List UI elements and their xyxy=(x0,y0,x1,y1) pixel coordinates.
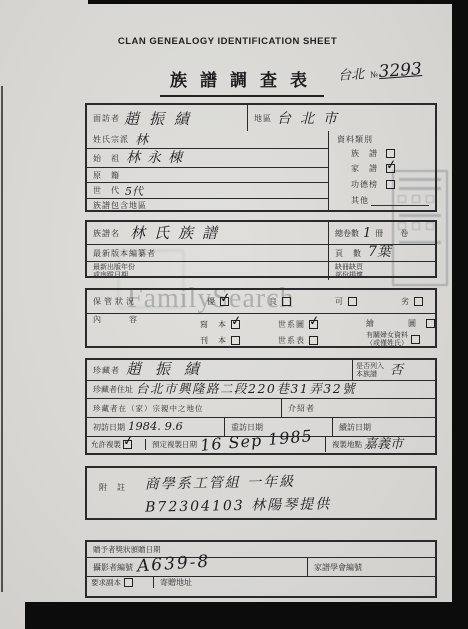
surname-value: 林 xyxy=(135,129,148,148)
collector-table: 珍藏者 趙振績 是否列入 本族譜 否 珍藏者住址 台北市興隆路二段220巷31弄… xyxy=(85,358,437,455)
request-copy-checkbox xyxy=(124,578,133,587)
content-lineage-chart-checkbox xyxy=(309,320,318,329)
collector-name-label: 珍藏者 xyxy=(93,365,120,376)
collector-address-label: 珍藏者住址 xyxy=(93,384,133,395)
notes-line1: 商學系工管組 一年級 xyxy=(145,470,331,496)
generations-label: 世 代 xyxy=(93,185,120,196)
category-jiapu-label: 家 譜 xyxy=(351,163,378,174)
content-women-label: 有關婦女資料 xyxy=(366,331,408,339)
collector-listed-label-line1: 是否列入 xyxy=(356,362,384,370)
collector-listed-value: 否 xyxy=(390,359,403,378)
first-visit-label: 初訪日期 xyxy=(93,422,125,433)
content-women-checkbox xyxy=(411,335,420,344)
first-ancestor-label: 始 祖 xyxy=(93,153,120,164)
content-printed-label: 刊 本 xyxy=(200,335,227,346)
archive-number: 台北 №3293 xyxy=(337,59,422,85)
pub-year-label-line2: 或序跋日期 xyxy=(93,271,135,279)
scan-edge-left xyxy=(1,86,3,592)
condition-good-label: 良 xyxy=(269,296,278,307)
copy-permit-checkbox xyxy=(123,440,132,449)
category-label: 資料類別 xyxy=(337,134,429,145)
condition-fair-checkbox xyxy=(348,297,357,306)
content-illustrations-label: 繪 圖 xyxy=(366,318,422,329)
mailing-address-label: 寄贈地址 xyxy=(160,577,192,588)
generations-value: 5代 xyxy=(125,183,143,199)
missing-label-line1: 缺冊缺頁 xyxy=(335,263,363,271)
copy-place-label: 複製地點 xyxy=(332,439,362,450)
collector-listed-label-line2: 本族譜 xyxy=(356,370,384,378)
scan-edge-top xyxy=(88,0,468,4)
content-lineage-table-label: 世系表 xyxy=(278,335,305,346)
category-other-label: 其他 xyxy=(351,195,369,206)
content-printed-checkbox xyxy=(231,336,240,345)
pub-year-label-line1: 最新出版年份 xyxy=(93,263,135,271)
category-zupu-label: 族 譜 xyxy=(351,148,378,159)
coverage-label: 族譜包含地區 xyxy=(93,200,147,211)
archive-no-value: 3293 xyxy=(378,59,423,82)
volumes-label: 總卷數 xyxy=(335,228,359,239)
volumes-value: 1 xyxy=(363,226,371,241)
condition-poor-checkbox xyxy=(414,297,423,306)
condition-excellent-checkbox xyxy=(220,297,229,306)
archive-city: 台北 xyxy=(338,67,365,84)
volumes-unit-juan: 卷 xyxy=(400,228,409,239)
copy-permit-label: 允許複製 xyxy=(91,441,121,449)
notes-label: 附 註 xyxy=(99,483,126,492)
admin-table: 贈予者獎狀頒贈日期 攝影者編號 A639-8 家譜學會編號 要求副本 寄贈地址 xyxy=(85,540,437,598)
surname-label: 姓氏宗派 xyxy=(93,134,129,145)
compiler-label: 最新版本編纂者 xyxy=(93,248,156,259)
scanned-genealogy-sheet: FamilySearch CLAN GENEALOGY IDENTIFICATI… xyxy=(0,0,468,629)
notes-table: 附 註 商學系工管組 一年級 B72304103 林陽琴提供 xyxy=(85,466,437,520)
category-merit-checkbox xyxy=(386,180,395,189)
introducer-label: 介紹者 xyxy=(288,403,315,414)
pages-label: 頁 數 xyxy=(335,248,362,259)
sheet-heading-english: CLAN GENEALOGY IDENTIFICATION SHEET xyxy=(0,36,455,47)
sheet-title-chinese: 族譜調查表 xyxy=(160,66,324,97)
condition-poor-label: 劣 xyxy=(401,296,410,307)
condition-content-table: 保管狀況 優 良 可 劣 內 容 寫 本 xyxy=(85,288,437,348)
area-label: 地區 xyxy=(254,113,272,124)
interview-info-table: 面訪者 趙振績 地區 台北市 姓氏宗派 林 始 祖 林永棟 原 籍 xyxy=(85,103,437,212)
scan-edge-right xyxy=(452,0,468,629)
condition-good-checkbox xyxy=(282,297,291,306)
category-other-line xyxy=(371,197,429,206)
first-visit-value: 1984. 9.6 xyxy=(128,419,183,433)
interviewer-label: 面訪者 xyxy=(93,113,120,124)
genealogy-book-table: 族譜名 林氏族譜 總卷數 1 冊 卷 最新版本編纂者 頁 數 7葉 xyxy=(85,220,437,278)
book-title-label: 族譜名 xyxy=(93,228,120,239)
category-jiapu-checkbox xyxy=(386,164,395,173)
award-date-label: 贈予者獎狀頒贈日期 xyxy=(93,546,161,554)
content-women-note: （或僅姓氏） xyxy=(366,339,408,347)
interviewer-value: 趙振績 xyxy=(124,108,199,129)
content-label: 內 容 xyxy=(93,314,147,325)
condition-label: 保管狀況 xyxy=(93,296,137,307)
copy-place-value: 嘉義市 xyxy=(364,433,403,452)
notes-line2: B72304103 林陽琴提供 xyxy=(145,493,331,519)
content-illustrations-checkbox xyxy=(426,319,435,328)
content-manuscript-checkbox xyxy=(231,320,240,329)
category-merit-label: 功德榜 xyxy=(351,179,378,190)
society-no-label: 家譜學會編號 xyxy=(314,562,362,573)
condition-excellent-label: 優 xyxy=(207,296,216,307)
area-value: 台北市 xyxy=(277,108,346,128)
archive-no-symbol: № xyxy=(370,70,378,80)
condition-fair-label: 可 xyxy=(335,296,344,307)
followup-label: 續訪日期 xyxy=(339,422,371,433)
first-ancestor-value: 林永棟 xyxy=(126,147,189,167)
native-place-label: 原 籍 xyxy=(93,170,120,181)
collector-address-value: 台北市興隆路二段220巷31弄32號 xyxy=(136,379,356,397)
photographer-no-label: 攝影者編號 xyxy=(93,562,133,573)
collector-name-value: 趙振績 xyxy=(126,358,213,379)
book-title-value: 林氏族譜 xyxy=(130,222,226,243)
content-lineage-table-checkbox xyxy=(309,336,318,345)
content-manuscript-label: 寫 本 xyxy=(200,319,227,330)
pages-value: 7葉 xyxy=(368,241,391,261)
request-copy-label: 要求副本 xyxy=(91,579,121,587)
collector-position-label: 珍藏者在（家）宗親中之地位 xyxy=(93,403,204,414)
content-lineage-chart-label: 世系圖 xyxy=(278,319,305,330)
scan-edge-bottom xyxy=(25,602,468,629)
copy-date-label: 預定複製日期 xyxy=(152,439,197,450)
missing-label-line2: 部份損壞 xyxy=(335,271,363,279)
volumes-unit-ce: 冊 xyxy=(375,228,384,239)
